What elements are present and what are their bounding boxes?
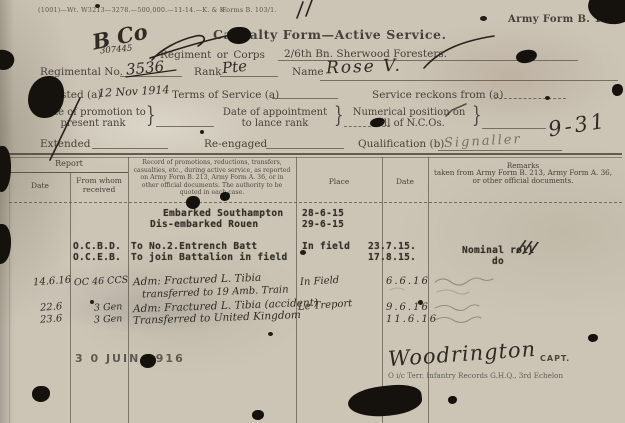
ink-speck [268, 332, 273, 336]
ink-speck [95, 4, 100, 8]
qualification-label: Qualification (b) [358, 138, 444, 150]
written-from-whom: OC 46 CCS [74, 275, 129, 289]
ink-blot [612, 84, 623, 96]
ncos-label: Numerical position on roll of N.C.Os. [344, 107, 474, 129]
roll-tally-mark: /// [517, 237, 538, 259]
written-date2: 9.6.16 [386, 302, 430, 313]
terms-of-service-label: Terms of Service (a) [172, 89, 279, 101]
from-whom-entry: O.C.E.B. [73, 252, 121, 263]
ink-speck [418, 300, 423, 305]
extended-label: Extended [40, 138, 90, 150]
casualty-form-document: (1001)—Wt. W3213—3278.—500,000.—11-14.—K… [0, 0, 625, 423]
date2-column-header: Date [382, 177, 428, 186]
service-reckons-label: Service reckons from (a) [372, 89, 503, 101]
written-place: Le Treport [298, 298, 353, 313]
receipt-date-stamp: 3 0 JUIN 1916 [75, 352, 185, 365]
records-office-line: O i/c Terr. Infantry Records G.H.Q., 3rd… [388, 371, 563, 380]
date-column-header: Date [10, 181, 70, 190]
ink-speck [480, 16, 487, 21]
ink-blot [0, 47, 17, 73]
date-entry: 23.7.15. [368, 241, 416, 252]
written-date: 14.6.16 [33, 275, 72, 289]
place-entry: In field [302, 241, 350, 252]
ink-blot [140, 354, 156, 368]
rank-label: Rank [194, 66, 222, 78]
appointment-label: Date of appointment to lance rank [216, 107, 334, 129]
ink-blot [32, 386, 50, 402]
report-header: Report [10, 159, 128, 168]
record-entry: To join Battalion in field [131, 252, 288, 263]
printer-code: (1001)—Wt. W3213—3278.—500,000.—11-14.—K… [38, 6, 227, 14]
enlisted-value: 12 Nov 1914 [98, 83, 170, 100]
name-label: Name [292, 66, 324, 78]
written-place: In Field [300, 275, 340, 288]
record-entry: Dis-embarked Rouen [150, 219, 258, 230]
record-entry-date: 28-6-15 [302, 208, 344, 219]
written-date2: 11.6.16 [386, 314, 438, 325]
bleed-through-smudge [60, 290, 260, 335]
pen-tally-top [297, 0, 312, 18]
ink-speck [545, 96, 550, 100]
remarks-entry: do [492, 256, 504, 267]
ncos-position-value: 9-31 [546, 109, 608, 142]
ink-blot [515, 49, 538, 65]
from-whom-entry: O.C.B.D. [73, 241, 121, 252]
promotion-brace: } [146, 102, 156, 129]
appointment-brace: } [334, 102, 344, 129]
written-date2: 6.6.16 [386, 276, 430, 287]
ink-blot [588, 334, 598, 342]
place-column-header: Place [296, 177, 382, 186]
ink-blot [347, 382, 424, 420]
signature-rank: CAPT. [540, 354, 570, 363]
record-entry-date: 29-6-15 [302, 219, 344, 230]
reengaged-label: Re-engaged [204, 138, 267, 150]
form-series-ref: Forms B. 103/1. [222, 6, 277, 14]
regiment-label: Regiment or Corps [160, 49, 265, 61]
officer-signature: Woodrington [387, 337, 537, 371]
ink-blot [448, 396, 457, 404]
record-entry: Embarked Southampton [163, 208, 283, 219]
number-pen-mark: 307445 [100, 44, 133, 57]
ncos-brace: } [472, 102, 482, 129]
record-column-header: Record of promotions, reductions, transf… [133, 159, 291, 197]
date-entry: 17.8.15. [368, 252, 416, 263]
from-whom-column-header: From whom received [70, 177, 128, 194]
record-entry: To No.2.Entrench Batt [131, 241, 257, 252]
ink-speck [200, 130, 204, 134]
remarks-column-header-body: taken from Army Form B. 213, Army Form A… [432, 169, 614, 185]
ink-speck [300, 250, 306, 255]
ink-blot [252, 410, 264, 420]
ink-blot [220, 192, 230, 201]
